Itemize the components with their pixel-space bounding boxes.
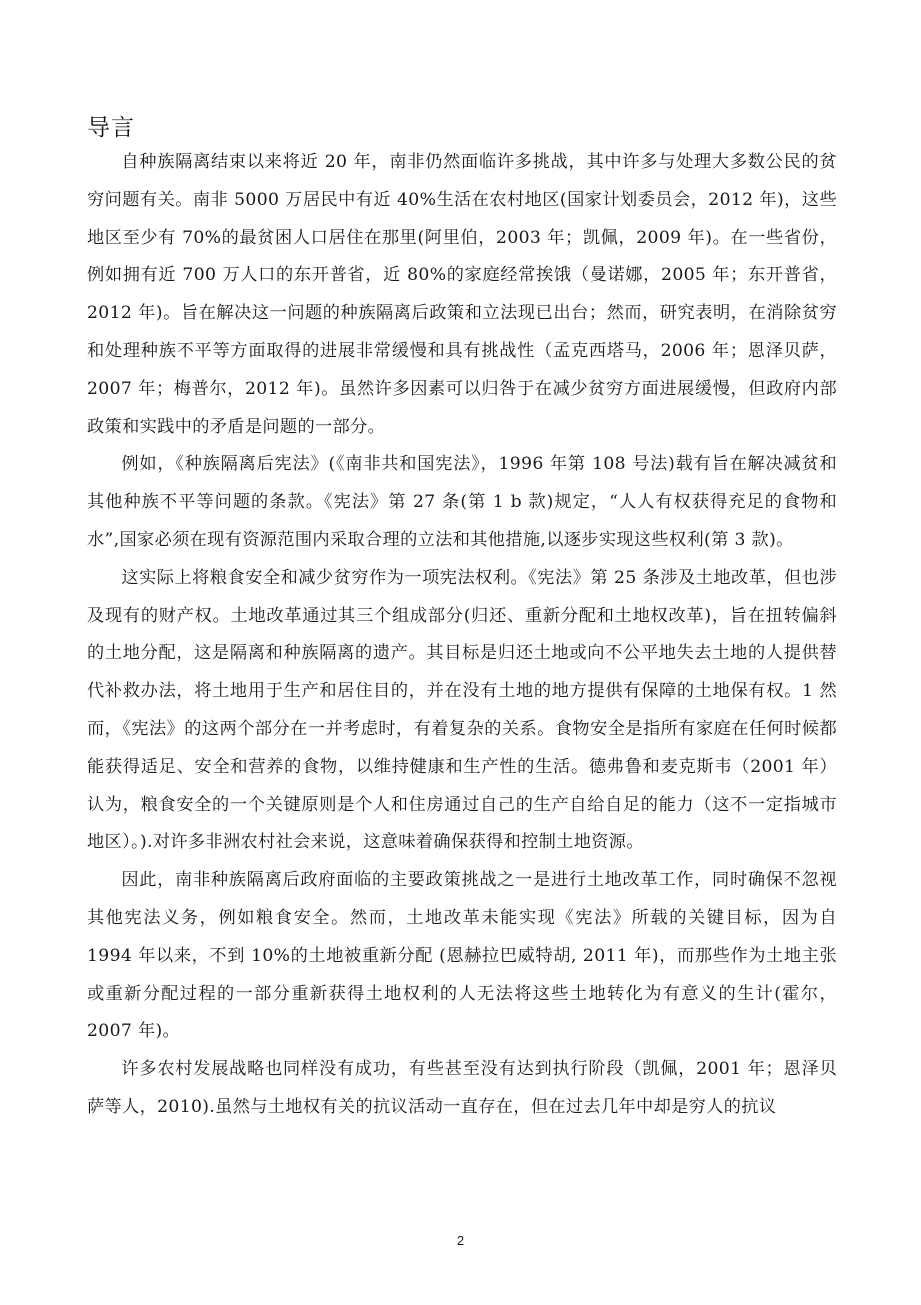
paragraph-5: 许多农村发展战略也同样没有成功，有些甚至没有达到执行阶段（凯佩，2001 年；恩… [87, 1051, 837, 1127]
paragraph-4: 因此，南非种族隔离后政府面临的主要政策挑战之一是进行土地改革工作，同时确保不忽视… [87, 862, 837, 1051]
paragraph-1: 自种族隔离结束以来将近 20 年，南非仍然面临许多挑战，其中许多与处理大多数公民… [87, 144, 837, 446]
paragraph-2: 例如，《种族隔离后宪法》(《南非共和国宪法》，1996 年第 108 号法)载有… [87, 446, 837, 559]
section-heading: 导言 [87, 113, 135, 143]
paragraph-3: 这实际上将粮食安全和减少贫穷作为一项宪法权利。《宪法》第 25 条涉及土地改革，… [87, 560, 837, 862]
document-body: 自种族隔离结束以来将近 20 年，南非仍然面临许多挑战，其中许多与处理大多数公民… [87, 144, 837, 1127]
page-number: 2 [0, 1233, 921, 1248]
document-page: 导言 自种族隔离结束以来将近 20 年，南非仍然面临许多挑战，其中许多与处理大多… [0, 0, 921, 1305]
